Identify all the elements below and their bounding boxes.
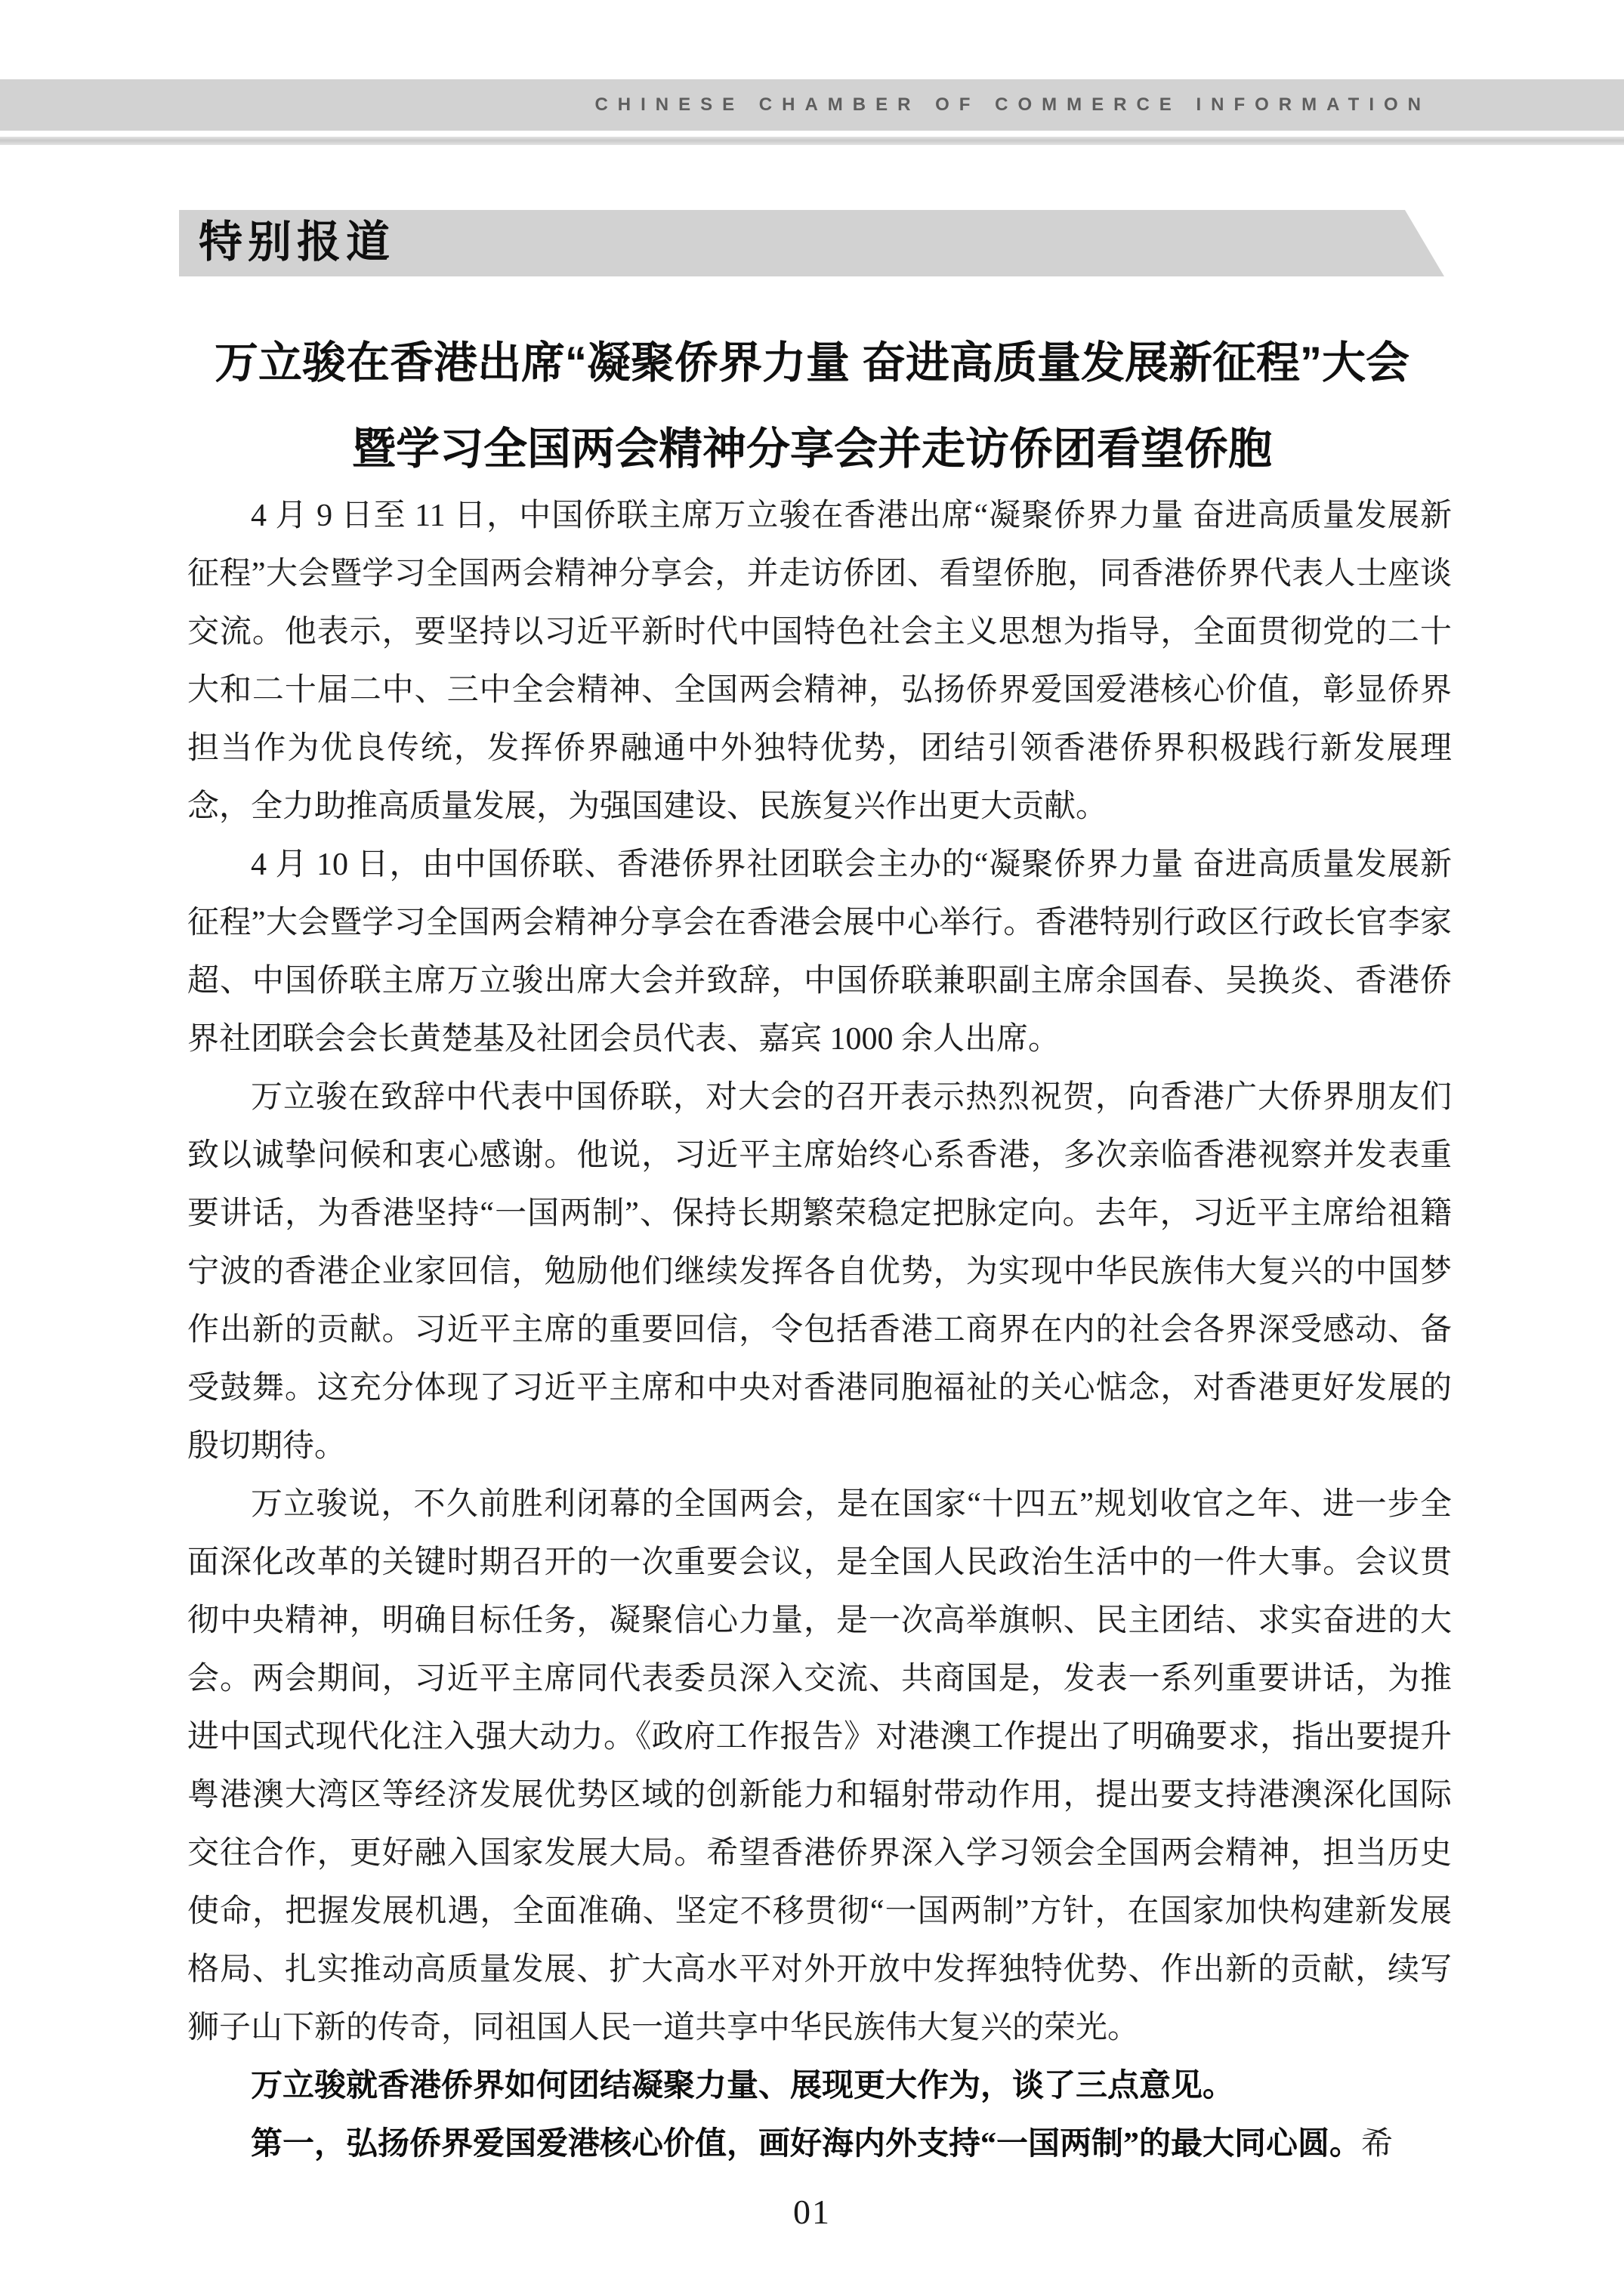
text-run: 万立骏在致辞中代表中国侨联，对大会的召开表示热烈祝贺，向香港广大侨界朋友们致以诚… (187, 1080, 1452, 1464)
body-paragraph: 4 月 10 日，由中国侨联、香港侨界社团联会主办的“凝聚侨界力量 奋进高质量发… (187, 836, 1452, 1069)
header-banner-text: CHINESE CHAMBER OF COMMERCE INFORMATION (594, 94, 1431, 116)
article-title-line2: 暨学习全国两会精神分享会并走访侨团看望侨胞 (98, 423, 1526, 476)
article-title-line1: 万立骏在香港出席“凝聚侨界力量 奋进高质量发展新征程”大会 (98, 337, 1526, 390)
body-paragraph: 万立骏在致辞中代表中国侨联，对大会的召开表示热烈祝贺，向香港广大侨界朋友们致以诚… (187, 1069, 1452, 1476)
newsletter-page: CHINESE CHAMBER OF COMMERCE INFORMATION … (0, 0, 1624, 2293)
text-run: 4 月 9 日至 11 日，中国侨联主席万立骏在香港出席“凝聚侨界力量 奋进高质… (187, 498, 1452, 824)
bold-run: 第一，弘扬侨界爱国爱港核心价值，画好海内外支持“一国两制”的最大同心圆。 (251, 2127, 1361, 2162)
article-body: 4 月 9 日至 11 日，中国侨联主席万立骏在香港出席“凝聚侨界力量 奋进高质… (187, 487, 1452, 2174)
text-run: 4 月 10 日，由中国侨联、香港侨界社团联会主办的“凝聚侨界力量 奋进高质量发… (187, 847, 1452, 1057)
text-run: 万立骏说，不久前胜利闭幕的全国两会，是在国家“十四五”规划收官之年、进一步全面深… (187, 1487, 1452, 2045)
body-paragraph: 第一，弘扬侨界爱国爱港核心价值，画好海内外支持“一国两制”的最大同心圆。希 (187, 2116, 1452, 2174)
body-paragraph: 万立骏说，不久前胜利闭幕的全国两会，是在国家“十四五”规划收官之年、进一步全面深… (187, 1476, 1452, 2057)
body-paragraph: 万立骏就香港侨界如何团结凝聚力量、展现更大作为，谈了三点意见。 (187, 2057, 1452, 2116)
page-number: 01 (0, 2192, 1624, 2232)
section-ribbon-label: 特别报道 (199, 210, 395, 276)
header-accent-strip (0, 137, 1624, 145)
section-ribbon: 特别报道 (179, 210, 1444, 276)
text-run: 希 (1361, 2127, 1393, 2162)
body-paragraph: 4 月 9 日至 11 日，中国侨联主席万立骏在香港出席“凝聚侨界力量 奋进高质… (187, 487, 1452, 836)
bold-run: 万立骏就香港侨界如何团结凝聚力量、展现更大作为，谈了三点意见。 (251, 2069, 1234, 2103)
header-banner: CHINESE CHAMBER OF COMMERCE INFORMATION (0, 79, 1624, 131)
